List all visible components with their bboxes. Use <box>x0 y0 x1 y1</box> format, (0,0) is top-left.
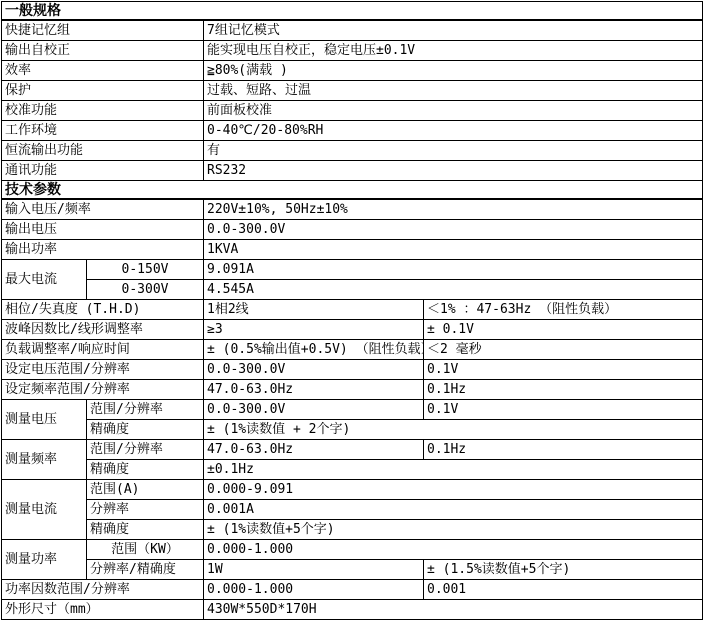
spec-value-cell: 0.001A <box>204 500 703 520</box>
spec-value-cell: 0.000-9.091 <box>204 480 703 500</box>
spec-value-cell: 0.0-300.0V <box>204 220 703 240</box>
section-title: 技术参数 <box>2 181 703 200</box>
spec-label-cell: 输出功率 <box>2 240 204 260</box>
spec-value-cell: 范围/分辨率 <box>87 400 204 420</box>
spec-value-cell: 1KVA <box>204 240 703 260</box>
spec-value-cell: 0.1Hz <box>424 440 703 460</box>
spec-value-cell: 能实现电压自校正，稳定电压±0.1V <box>204 41 703 61</box>
spec-value-cell: 0.000-1.000 <box>204 580 424 600</box>
spec-label-cell: 恒流输出功能 <box>2 141 204 161</box>
spec-value-cell: 430W*550D*170H <box>204 600 703 620</box>
spec-row: 工作环境0-40℃/20-80%RH <box>2 121 703 141</box>
spec-row: 输出自校正能实现电压自校正，稳定电压±0.1V <box>2 41 703 61</box>
spec-value-cell: 0.001 <box>424 580 703 600</box>
spec-row: 测量电流范围(A)0.000-9.091 <box>2 480 703 500</box>
spec-value-cell: 0-40℃/20-80%RH <box>204 121 703 141</box>
spec-label-cell: 0-300V <box>87 280 204 300</box>
spec-value-cell: 220V±10%, 50Hz±10% <box>204 199 703 220</box>
spec-row: 测量电压范围/分辨率0.0-300.0V0.1V <box>2 400 703 420</box>
spec-label-cell: 波峰因数比/线形调整率 <box>2 320 204 340</box>
spec-value-cell: 0.1V <box>424 360 703 380</box>
spec-value-cell: 范围(A) <box>87 480 204 500</box>
spec-row: 0-300V4.545A <box>2 280 703 300</box>
spec-value-cell: ≧80%(满载 ) <box>204 61 703 81</box>
spec-value-cell: ± (1%读数值 + 2个字) <box>204 420 703 440</box>
spec-label-cell: 输出自校正 <box>2 41 204 61</box>
spec-label-cell: 精确度 <box>87 420 204 440</box>
spec-label-cell: 外形尺寸（mm） <box>2 600 204 620</box>
spec-page: 一般规格快捷记忆组7组记忆模式输出自校正能实现电压自校正，稳定电压±0.1V效率… <box>0 0 704 618</box>
spec-label-cell: 输出电压 <box>2 220 204 240</box>
spec-row: 恒流输出功能有 <box>2 141 703 161</box>
spec-row: 负载调整率/响应时间± (0.5%输出值+0.5V) （阻性负载）＜2 毫秒 <box>2 340 703 360</box>
spec-row: 精确度± (1%读数值 + 2个字) <box>2 420 703 440</box>
spec-row: 外形尺寸（mm）430W*550D*170H <box>2 600 703 620</box>
spec-row: 分辨率0.001A <box>2 500 703 520</box>
spec-row: 通讯功能RS232 <box>2 161 703 181</box>
spec-row: 输入电压/频率220V±10%, 50Hz±10% <box>2 199 703 220</box>
spec-row: 效率≧80%(满载 ) <box>2 61 703 81</box>
spec-table: 一般规格快捷记忆组7组记忆模式输出自校正能实现电压自校正，稳定电压±0.1V效率… <box>1 1 703 620</box>
spec-value-cell: 47.0-63.0Hz <box>204 440 424 460</box>
spec-row: 设定频率范围/分辨率47.0-63.0Hz0.1Hz <box>2 380 703 400</box>
spec-row: 保护过载、短路、过温 <box>2 81 703 101</box>
spec-value-cell: ＜1% ：47-63Hz （阻性负载） <box>424 300 703 320</box>
spec-label-cell: 精确度 <box>87 520 204 540</box>
spec-value-cell: ± (1.5%读数值+5个字) <box>424 560 703 580</box>
spec-label-cell: 工作环境 <box>2 121 204 141</box>
spec-value-cell: ± (0.5%输出值+0.5V) （阻性负载） <box>204 340 424 360</box>
spec-label-cell: 测量电流 <box>2 480 87 540</box>
spec-label-cell: 快捷记忆组 <box>2 20 204 41</box>
section-header-row: 一般规格 <box>2 2 703 21</box>
section-title: 一般规格 <box>2 2 703 21</box>
spec-label-cell: 精确度 <box>87 460 204 480</box>
spec-value-cell: ＜2 毫秒 <box>424 340 703 360</box>
spec-value-cell: 47.0-63.0Hz <box>204 380 424 400</box>
spec-label-cell: 输入电压/频率 <box>2 199 204 220</box>
spec-value-cell: 9.091A <box>204 260 703 280</box>
spec-value-cell: ± 0.1V <box>424 320 703 340</box>
spec-label-cell: 通讯功能 <box>2 161 204 181</box>
spec-label-cell: 测量功率 <box>2 540 87 580</box>
spec-value-cell: ±0.1Hz <box>204 460 703 480</box>
spec-value-cell: 1W <box>204 560 424 580</box>
spec-value-cell: 1相2线 <box>204 300 424 320</box>
spec-label-cell: 分辨率/精确度 <box>87 560 204 580</box>
spec-value-cell: 范围（KW） <box>87 540 204 560</box>
spec-value-cell: RS232 <box>204 161 703 181</box>
spec-value-cell: 4.545A <box>204 280 703 300</box>
spec-label-cell: 相位/失真度 (T.H.D) <box>2 300 204 320</box>
spec-value-cell: 范围/分辨率 <box>87 440 204 460</box>
spec-row: 精确度±0.1Hz <box>2 460 703 480</box>
spec-label-cell: 分辨率 <box>87 500 204 520</box>
spec-label-cell: 测量电压 <box>2 400 87 440</box>
spec-value-cell: ± (1%读数值+5个字) <box>204 520 703 540</box>
spec-row: 功率因数范围/分辨率0.000-1.0000.001 <box>2 580 703 600</box>
spec-label-cell: 保护 <box>2 81 204 101</box>
spec-label-cell: 效率 <box>2 61 204 81</box>
spec-value-cell: 有 <box>204 141 703 161</box>
spec-row: 相位/失真度 (T.H.D)1相2线＜1% ：47-63Hz （阻性负载） <box>2 300 703 320</box>
spec-row: 精确度± (1%读数值+5个字) <box>2 520 703 540</box>
spec-value-cell: 0-150V <box>87 260 204 280</box>
spec-value-cell: 前面板校准 <box>204 101 703 121</box>
spec-row: 测量频率范围/分辨率47.0-63.0Hz0.1Hz <box>2 440 703 460</box>
spec-value-cell: 0.0-300.0V <box>204 400 424 420</box>
spec-label-cell: 设定电压范围/分辨率 <box>2 360 204 380</box>
spec-row: 快捷记忆组7组记忆模式 <box>2 20 703 41</box>
spec-label-cell: 设定频率范围/分辨率 <box>2 380 204 400</box>
spec-label-cell: 测量频率 <box>2 440 87 480</box>
spec-label-cell: 功率因数范围/分辨率 <box>2 580 204 600</box>
spec-row: 分辨率/精确度1W± (1.5%读数值+5个字) <box>2 560 703 580</box>
spec-label-cell: 校准功能 <box>2 101 204 121</box>
spec-value-cell: ≥3 <box>204 320 424 340</box>
spec-value-cell: 0.1Hz <box>424 380 703 400</box>
spec-label-cell: 负载调整率/响应时间 <box>2 340 204 360</box>
spec-value-cell: 0.0-300.0V <box>204 360 424 380</box>
spec-row: 输出功率1KVA <box>2 240 703 260</box>
spec-row: 波峰因数比/线形调整率≥3± 0.1V <box>2 320 703 340</box>
spec-label-cell: 最大电流 <box>2 260 87 300</box>
section-header-row: 技术参数 <box>2 181 703 200</box>
spec-value-cell: 7组记忆模式 <box>204 20 703 41</box>
spec-row: 校准功能前面板校准 <box>2 101 703 121</box>
spec-value-cell: 0.1V <box>424 400 703 420</box>
spec-row: 测量功率范围（KW）0.000-1.000 <box>2 540 703 560</box>
spec-value-cell: 0.000-1.000 <box>204 540 703 560</box>
spec-value-cell: 过载、短路、过温 <box>204 81 703 101</box>
spec-row: 输出电压0.0-300.0V <box>2 220 703 240</box>
spec-row: 最大电流0-150V9.091A <box>2 260 703 280</box>
spec-row: 设定电压范围/分辨率0.0-300.0V0.1V <box>2 360 703 380</box>
